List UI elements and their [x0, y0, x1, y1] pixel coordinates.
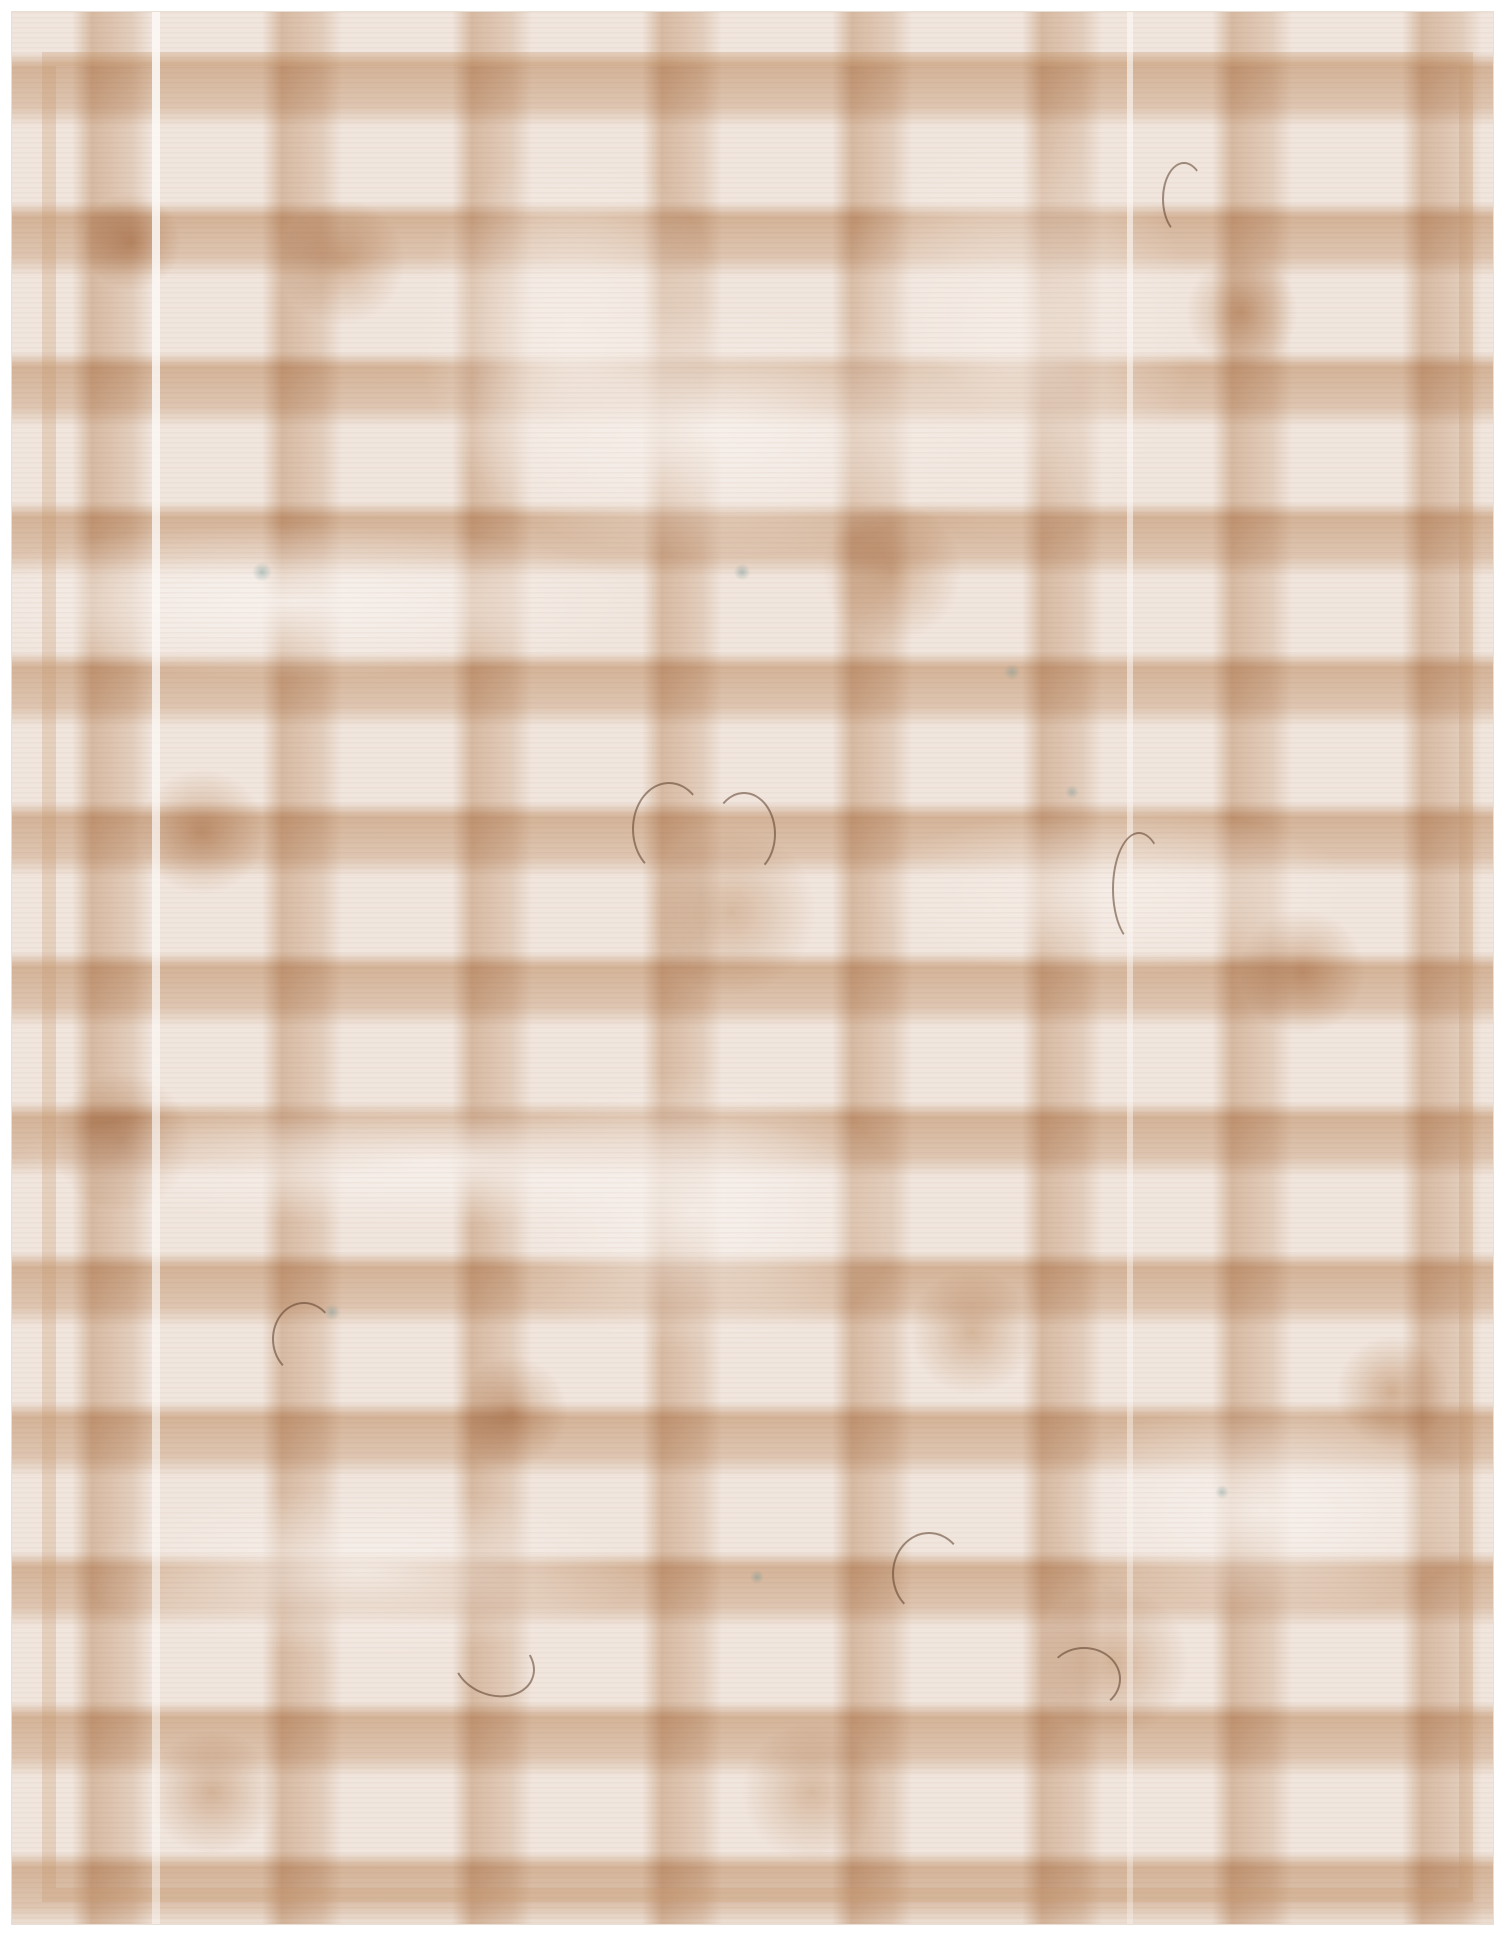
pale-warp-stripe — [1127, 12, 1133, 1924]
rug-border-frame — [42, 52, 1473, 1902]
floral-motif-line — [1162, 162, 1206, 236]
floral-motif-line — [892, 1532, 966, 1616]
pale-warp-stripe — [152, 12, 160, 1924]
rug-photo — [12, 12, 1493, 1924]
floral-motif-line — [712, 792, 776, 876]
floral-motif-line — [1112, 832, 1166, 946]
floral-motif-line — [272, 1302, 336, 1376]
floral-motif-line — [1047, 1647, 1121, 1711]
floral-motif-line — [632, 782, 706, 876]
